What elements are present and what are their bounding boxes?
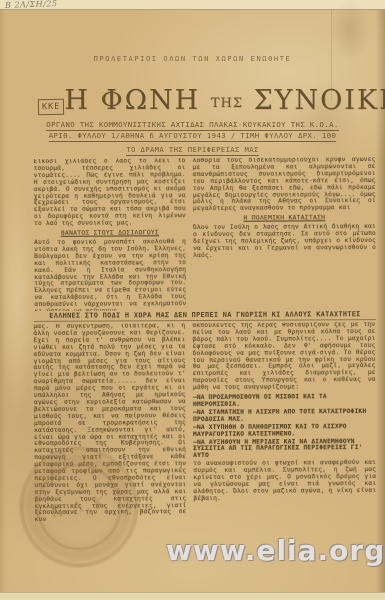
newspaper-title: Η ΦΩΝΗ ΤΗΣ ΣΥΝΟΙΚΙΑΣ	[64, 85, 385, 116]
demand-item: —ΝΑ ΑΥΞΗΘΟΥΝ Η ΜΕΡΙΔΕΣ ΚΑΙ ΝΑ ΔΙΑΝΕΜΗΘΟΥ…	[193, 438, 376, 460]
body-paragraph: Όλον τον Ιούλη ο λαός στην Αττική διαθήκ…	[193, 224, 376, 260]
body-paragraph: σκπουλέντες της λέρας θυσιαυρίζουν ζες μ…	[192, 322, 375, 392]
lead-article-heading: ΤΟ ΔΡΑΜΑ ΤΗΣ ΠΕΡΙΦΕΡΕΙΑΣ ΜΑΣ	[0, 145, 385, 156]
title-part-1: Η ΦΩΝΗ	[64, 85, 200, 116]
right-section-heading: Η ΠΟΛΕΜΙΚΗ ΚΑΤΑΣΤΑΣΗ	[193, 215, 376, 223]
body-paragraph: λοθορία τους δισεκατομμυριούχοι κρυφν αγ…	[193, 157, 376, 213]
scanned-newspaper-page: Β 2Λ/ΣΗ/25 ΠΡΟΛΕΤΑΡΙΟΙ ΟΛΩΝ ΤΩΝ ΧΩΡΩΝ ΕΝ…	[0, 0, 385, 600]
body-paragraph: το ανακουφιστούν οι φτωχοί και αναφερθού…	[193, 460, 376, 503]
stamp-letters: Κ.Λ.Κ	[22, 486, 135, 527]
scan-edge-bottom	[0, 592, 385, 600]
kke-party-box: ΚΚΕ	[38, 99, 65, 115]
proletarians-slogan: ΠΡΟΛΕΤΑΡΙΟΙ ΟΛΩΝ ΤΩΝ ΧΩΡΩΝ ΕΝΩΘΗΤΕ	[0, 55, 385, 63]
lower-right-column: σκπουλέντες της λέρας θυσιαυρίζουν ζες μ…	[192, 322, 376, 532]
full-width-headline: ΕΛΛΗΝΕΣ ΣΤΟ ΠΟΔΙ Η ΧΩΡΑ ΜΑΣ ΔΕΝ ΠΡΕΠΕΙ Ν…	[34, 310, 376, 322]
organ-subtitle-line: ΟΡΓΑΝΟ ΤΗΣ ΚΟΜΜΟΥΝΙΣΤΙΚΗΣ ΑΧΤΙΔΑΣ ΠΛΑΚΑΣ…	[0, 120, 385, 131]
issue-date-price-line: ΑΡΙΘ. ΦΥΛΛΟΥ 1/ΑΘΗΝΑ 6 ΑΥΓΟΥΣΤΟΥ 1943 / …	[0, 131, 385, 142]
upper-right-column: λοθορία τους δισεκατομμυριούχοι κρυφν αγ…	[193, 157, 377, 310]
title-part-2: ΣΥΝΟΙΚΙΑΣ	[254, 85, 385, 116]
circular-archive-stamp: Κ.Λ.Κ	[20, 447, 138, 567]
paper-stain	[0, 180, 34, 420]
body-paragraph: Αυτό το φονικό μονοπάτι ακολουθά η ντόπι…	[34, 239, 186, 311]
title-part-tis: ΤΗΣ	[211, 96, 243, 111]
upper-column-block: Είκοσι χιλιάδες ο λαός το λέει το τσουρμ…	[34, 157, 377, 311]
demand-item: —ΝΑ ΠΡΟΣΑΡΜΟΣΘΟΥΝ ΟΙ ΜΙΣΘΟΙ ΚΑΙ ΤΑ ΗΜΕΡΟ…	[193, 394, 376, 409]
elia-watermark: www.elia.org.gr	[166, 534, 385, 567]
left-section-heading: ΘΑΝΑΤΟΣ ΣΤΟΥΣ ΔΩΣΙΛΟΓΟΥΣ	[34, 230, 186, 238]
body-paragraph: Είκοσι χιλιάδες ο λαός το λέει το τσουρμ…	[34, 158, 186, 228]
masthead: ΚΚΕ Η ΦΩΝΗ ΤΗΣ ΣΥΝΟΙΚΙΑΣ	[38, 80, 371, 120]
upper-left-column: Είκοσι χιλιάδες ο λαός το λέει το τσουρμ…	[34, 158, 187, 311]
demand-item: —ΝΑ ΣΤΑΜΑΤΗΣΗ Η ΑΙΣΧΡΗ ΑΠΟ ΤΟΤΕ ΚΑΤΑΣΤΡΟ…	[193, 409, 376, 424]
demand-item: —ΝΑ ΧΤΥΠΗΘΗ Ο ΠΛΗΘΩΡΙΣΜΟΣ ΚΑΙ ΤΟ ΑΙΣΧΡΟ …	[193, 424, 376, 439]
